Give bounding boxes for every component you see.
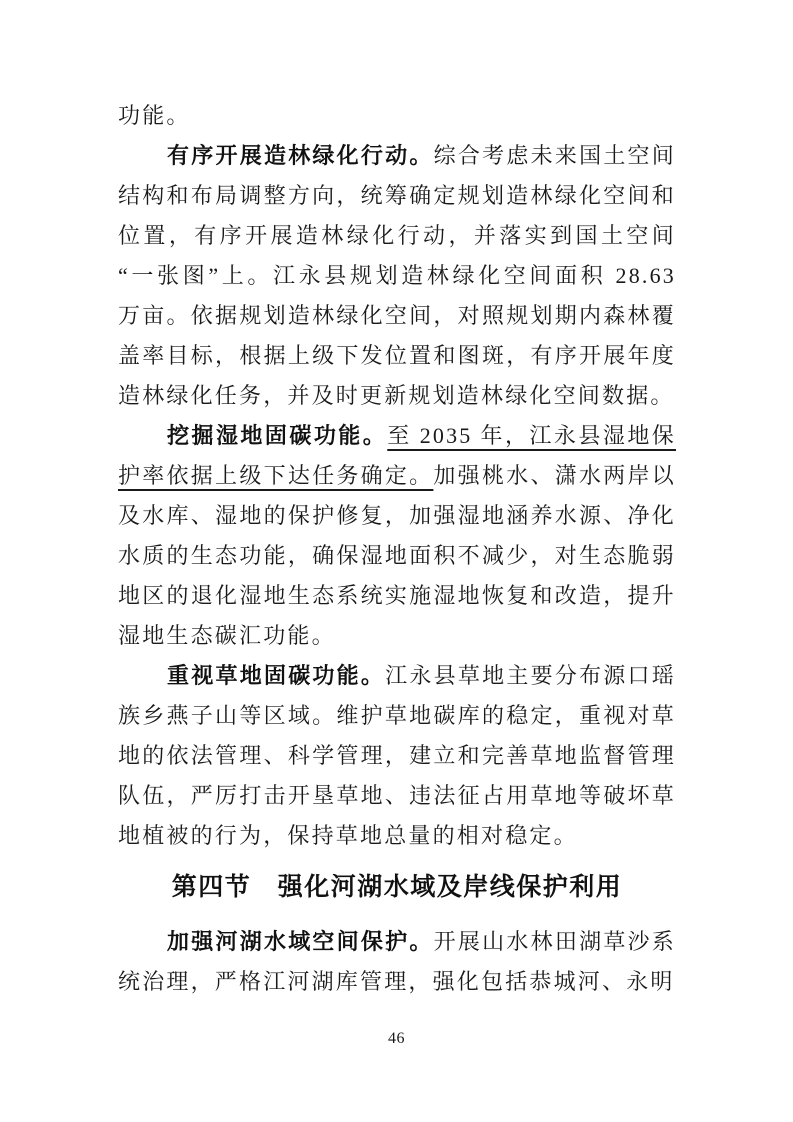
- paragraph-lead: 有序开展造林绿化行动。: [167, 143, 434, 168]
- paragraph-river-lake: 加强河湖水域空间保护。开展山水林田湖草沙系统治理，严格江河湖库管理，强化包括恭城…: [118, 922, 676, 1002]
- paragraph-text: 综合考虑未来国土空间结构和布局调整方向，统筹确定规划造林绿化空间和位置，有序开展…: [118, 143, 676, 408]
- paragraph-wetland: 挖掘湿地固碳功能。至 2035 年，江永县湿地保护率依据上级下达任务确定。加强桃…: [118, 416, 676, 656]
- body-text: 功能。 有序开展造林绿化行动。综合考虑未来国土空间结构和布局调整方向，统筹确定规…: [118, 96, 676, 1002]
- paragraph-lead: 加强河湖水域空间保护。: [167, 929, 434, 954]
- page-number: 46: [0, 1030, 793, 1048]
- paragraph-lead: 挖掘湿地固碳功能。: [167, 423, 387, 448]
- paragraph-continuation: 功能。: [118, 96, 676, 136]
- paragraph-afforestation: 有序开展造林绿化行动。综合考虑未来国土空间结构和布局调整方向，统筹确定规划造林绿…: [118, 136, 676, 416]
- paragraph-text: 江永县草地主要分布源口瑶族乡燕子山等区域。维护草地碳库的稳定，重视对草地的依法管…: [118, 663, 676, 848]
- paragraph-text: 功能。: [118, 103, 191, 128]
- paragraph-grassland: 重视草地固碳功能。江永县草地主要分布源口瑶族乡燕子山等区域。维护草地碳库的稳定，…: [118, 656, 676, 856]
- paragraph-lead: 重视草地固碳功能。: [167, 663, 385, 688]
- paragraph-text: 加强桃水、潇水两岸以及水库、湿地的保护修复，加强湿地涵养水源、净化水质的生态功能…: [118, 463, 676, 648]
- document-page: 功能。 有序开展造林绿化行动。综合考虑未来国土空间结构和布局调整方向，统筹确定规…: [0, 0, 793, 1122]
- section-heading: 第四节 强化河湖水域及岸线保护利用: [118, 870, 676, 904]
